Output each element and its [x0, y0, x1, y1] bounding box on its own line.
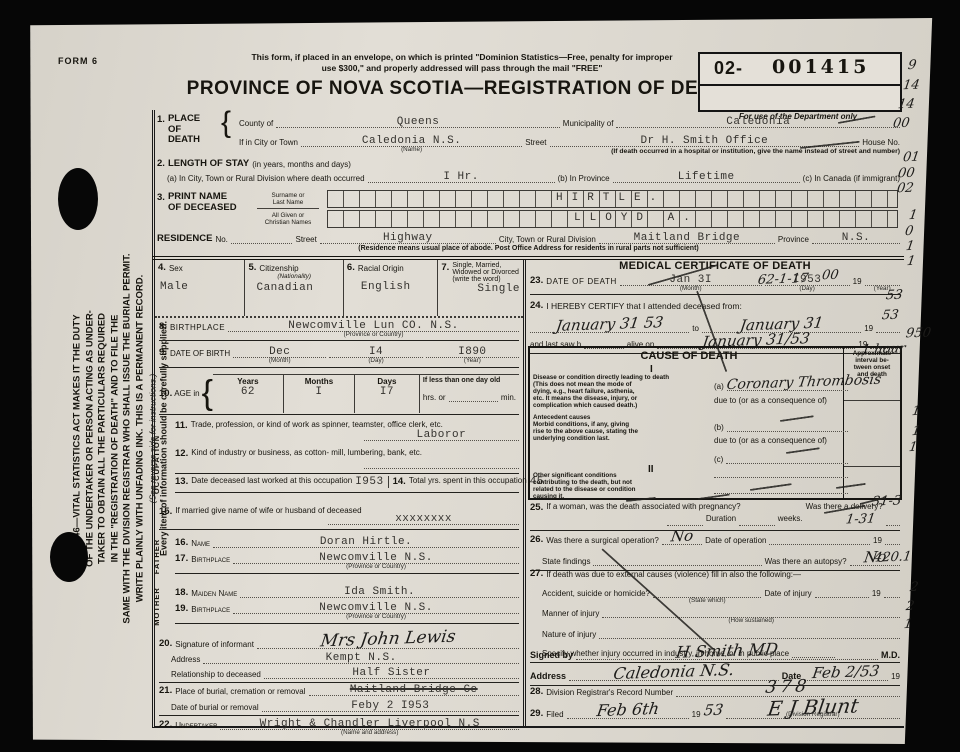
- interval-column: Approximate interval be- tween onset and…: [843, 348, 900, 498]
- age-days-value: I7: [358, 386, 416, 398]
- attended-to-label: to: [692, 324, 699, 333]
- cause-a-field: Coronary Thrombosis: [727, 376, 848, 391]
- section-1-title: PLACE OF DEATH: [168, 114, 200, 146]
- dod-month-field: Jan 3I(Month): [620, 274, 762, 286]
- interval-rule: [844, 466, 900, 467]
- stamp-prefix: 02-: [714, 58, 743, 79]
- filed-19: 19: [692, 710, 701, 719]
- father-birthplace-field: Newcomville N.S.(Province or Country): [233, 552, 519, 564]
- age-number: 10.: [159, 388, 172, 399]
- section-3-title: PRINT NAME OF DECEASED: [168, 192, 237, 213]
- citizenship-cell: 5.Citizenship (Nationality) Canadian: [245, 260, 343, 316]
- dob-year-caption: (Year): [426, 357, 519, 364]
- operation-field: No: [662, 530, 702, 545]
- delivery-field: [886, 514, 900, 526]
- dob-day-caption: (Day): [329, 357, 422, 364]
- signed-by-label: Signed by: [530, 650, 573, 660]
- form-title: PROVINCE OF NOVA SCOTIA—REGISTRATION OF …: [152, 78, 772, 100]
- stay-b-label: (b) In Province: [558, 174, 610, 183]
- stamp-divider: [700, 84, 900, 86]
- stay-c-label: (c) In Canada (if immigrant): [803, 174, 900, 183]
- cause-desc-1: Disease or condition directly leading to…: [533, 374, 713, 409]
- cause-a-value: Coronary Thrombosis: [725, 373, 849, 393]
- section-3-heading: 3. PRINT NAME OF DECEASED: [157, 192, 253, 213]
- punch-hole: [50, 532, 88, 582]
- dob-year-field: I890(Year): [426, 346, 519, 358]
- mother-birthplace-field: Newcomville N.S.(Province or Country): [233, 602, 519, 614]
- cause-due-2: due to (or as a consequence of): [714, 436, 827, 445]
- scanned-death-certificate: { "form_no": "FORM 6", "margin_left": { …: [0, 0, 960, 752]
- informant-label: Signature of informant: [175, 640, 254, 649]
- city-name-caption: (Name): [301, 146, 522, 153]
- mother-name-label: Maiden Name: [191, 589, 237, 598]
- county-field: Queens: [276, 116, 560, 128]
- filed-label: Filed: [546, 710, 563, 719]
- dod-year-caption: (Year): [865, 285, 900, 292]
- section-2-subtitle: (in years, months and days): [252, 160, 351, 169]
- burial-number: 21.: [159, 685, 172, 696]
- section-1-fields: County of Queens Municipality of Caledon…: [239, 116, 900, 155]
- other-conditions-field-1: [714, 466, 848, 478]
- record-number-label: Division Registrar's Record Number: [546, 688, 673, 697]
- left-column: 4.Sex Male 5.Citizenship (Nationality) C…: [155, 260, 526, 726]
- burial-date-label: Date of burial or removal: [171, 703, 259, 712]
- residence-city-field: Maitland Bridge: [599, 232, 775, 244]
- age-months-label: Months: [287, 377, 351, 386]
- age-years-label: Years: [216, 377, 280, 386]
- burial-place-field: Maitland Bridge Ce: [309, 684, 520, 696]
- age-years-cell: Years 62: [213, 375, 284, 413]
- municipality-field: Caledonia: [616, 116, 900, 128]
- trade-number: 11.: [175, 420, 188, 431]
- findings-label: State findings: [542, 557, 590, 566]
- stay-a-value: I Hr.: [368, 171, 555, 183]
- surname-value: HIRTLE.: [556, 192, 665, 204]
- operation-label: Was there a surgical operation?: [546, 536, 659, 545]
- trade-row: 11. Trade, profession, or kind of work a…: [175, 420, 519, 441]
- undertaker-field: Wright & Chandler Liverpool N.S(Name and…: [220, 718, 519, 730]
- street-field: Dr H. Smith Office: [550, 135, 860, 147]
- cause-b-field: [727, 420, 848, 432]
- mother-birthplace-label: Birthplace: [191, 605, 230, 614]
- residence-label: RESIDENCE: [157, 234, 212, 245]
- residence-note: (Residence means usual place of abode. P…: [358, 245, 699, 252]
- certify-label: I HEREBY CERTIFY that I attended decease…: [546, 301, 742, 311]
- mother-name-number: 18.: [175, 587, 188, 598]
- undertaker-number: 22.: [159, 719, 172, 730]
- father-name-value: Doran Hirtle.: [213, 536, 519, 548]
- cause-due-1: due to (or as a consequence of): [714, 396, 827, 405]
- age-days-cell: Days I7: [355, 375, 420, 413]
- form-body: 1. PLACE OF DEATH { County of Queens Mun…: [152, 110, 904, 728]
- street-label: Street: [525, 138, 546, 147]
- county-label: County of: [239, 119, 273, 128]
- father-birthplace-caption: (Province or Country): [233, 563, 519, 570]
- autopsy-label: Was there an autopsy?: [765, 557, 847, 566]
- father-name-label: Name: [191, 539, 210, 548]
- undertaker-label: Undertaker: [175, 721, 217, 730]
- trade-value: Laboror: [364, 429, 519, 441]
- marital-status-cell: 7.Single, Married, Widowed or Divorced (…: [438, 260, 523, 316]
- residence-street-label: Street: [295, 235, 316, 244]
- date-of-birth-row: 9. DATE OF BIRTH Dec(Month) I4(Day) I890…: [159, 346, 519, 368]
- residence-province-value: N.S.: [812, 232, 900, 244]
- findings-field: [593, 554, 761, 566]
- residence-city-value: Maitland Bridge: [599, 232, 775, 244]
- filed-row: 29. Filed Feb 6th 19 53 E J Blunt(Divisi…: [530, 700, 900, 719]
- dob-month-field: Dec(Month): [233, 346, 326, 358]
- stay-a-label: (a) In City, Town or Rural Division wher…: [167, 174, 365, 183]
- cause-c-field: [726, 452, 848, 464]
- operation-date-field: [769, 533, 870, 545]
- spouse-label: If married give name of wife or husband …: [175, 506, 325, 515]
- antecedent-desc: Antecedent causes Morbid conditions, if …: [533, 414, 713, 442]
- two-column-area: 4.Sex Male 5.Citizenship (Nationality) C…: [155, 260, 904, 726]
- nature-label: Nature of injury: [542, 630, 596, 639]
- record-number-label-no: 28.: [530, 686, 543, 697]
- delivery-label: Was there a delivery?: [806, 502, 883, 511]
- cause-a-label: (a): [714, 382, 724, 391]
- injury-date-label: Date of injury: [764, 589, 811, 598]
- sex-value: Male: [160, 281, 241, 293]
- registrar-caption: (Division Registrar): [726, 711, 900, 718]
- section-1-heading: 1. PLACE OF DEATH: [157, 114, 227, 146]
- city-town-label: If in City or Town: [239, 138, 298, 147]
- attended-19: 19: [864, 324, 873, 333]
- attended-from-field: January 31 53: [530, 317, 689, 333]
- given-name-caption: All Given or Christian Names: [257, 212, 319, 226]
- dod-number: 23.: [530, 275, 543, 286]
- burial-date-value: Feby 2 I953: [262, 700, 519, 712]
- pregnancy-label: If a woman, was the death associated wit…: [546, 502, 664, 511]
- dob-month-caption: (Month): [233, 357, 326, 364]
- mother-birthplace-number: 19.: [175, 603, 188, 614]
- dob-day-field: I4(Day): [329, 346, 422, 358]
- violence-label: If death was due to external causes (vio…: [546, 570, 801, 579]
- cause-of-death-box: CAUSE OF DEATH Approximate interval be- …: [528, 346, 902, 500]
- relationship-value: Half Sister: [264, 667, 519, 679]
- birthplace-row: 8. BIRTHPLACE Newcomville Lun CO. N.S.(P…: [159, 320, 519, 341]
- racial-origin-number: 6.: [347, 262, 355, 273]
- manner-caption: (How sustained): [602, 617, 900, 624]
- section-1-brace: {: [221, 110, 237, 137]
- burial-place-value: Maitland Bridge Ce: [309, 684, 520, 696]
- age-days-label: Days: [358, 377, 416, 386]
- informant-block: 20. Signature of informant Mrs John Lewi…: [159, 632, 519, 683]
- marital-number: 7.: [441, 262, 449, 273]
- dob-number: 9.: [159, 347, 167, 358]
- racial-origin-cell: 6.Racial Origin English: [344, 260, 438, 316]
- cause-desc-2: Other significant conditions contributin…: [533, 472, 713, 500]
- last-worked-label: Date deceased last worked at this occupa…: [191, 476, 352, 485]
- section-2: 2. LENGTH OF STAY (in years, months and …: [157, 158, 900, 183]
- dod-day-field: I953(Day): [765, 274, 850, 286]
- residence-province-label: Province: [778, 235, 809, 244]
- burial-block: 21. Place of burial, cremation or remova…: [159, 684, 519, 716]
- filed-date-value: Feb 6th: [565, 698, 690, 721]
- residence-street-value: Highway: [320, 232, 496, 244]
- total-years-label: Total yrs. spent in this occupation: [409, 476, 527, 485]
- residence-no-label: No.: [215, 235, 227, 244]
- undertaker-caption: (Name and address): [220, 729, 519, 736]
- county-value: Queens: [276, 116, 560, 128]
- father-birthplace-label: Birthplace: [191, 555, 230, 564]
- industry-row: 12. Kind of industry or business, as cot…: [175, 448, 519, 474]
- street-value: Dr H. Smith Office: [550, 135, 860, 147]
- mother-name-field: Ida Smith.: [240, 586, 519, 598]
- father-birthplace-number: 17.: [175, 553, 188, 564]
- attended-from-value: January 31 53: [528, 312, 691, 336]
- interval-rule: [844, 400, 900, 401]
- nationality-caption: (Nationality): [248, 273, 339, 280]
- sex-cell: 4.Sex Male: [155, 260, 245, 316]
- manner-field: (How sustained): [602, 606, 900, 618]
- age-row: 10. AGE in { Years 62 Months I: [159, 372, 519, 415]
- dod-19: 19: [853, 277, 862, 286]
- attended-year-field: [876, 321, 900, 333]
- house-no-label: House No.: [862, 138, 900, 147]
- age-min-label: min.: [501, 393, 516, 402]
- filed-number: 29.: [530, 708, 543, 719]
- marital-label: Single, Married, Widowed or Divorced (wr…: [452, 262, 519, 283]
- section-1-number: 1.: [157, 114, 165, 125]
- last-worked-value: I953: [355, 476, 383, 488]
- mother-birthplace-row: 19. Birthplace Newcomville N.S.(Province…: [175, 602, 519, 624]
- birthplace-number: 8.: [159, 321, 167, 332]
- section-2-number: 2.: [157, 158, 165, 169]
- injury-19: 19: [872, 589, 881, 598]
- age-months-value: I: [287, 386, 351, 398]
- dod-year-field: (Year): [865, 274, 900, 286]
- birthplace-label: BIRTHPLACE: [170, 323, 225, 332]
- stay-a-field: I Hr.: [368, 171, 555, 183]
- age-hrs-field: [449, 390, 498, 402]
- age-brace: {: [202, 380, 213, 406]
- envelope-note: This form, if placed in an envelope, on …: [182, 52, 742, 73]
- autopsy-value: No: [848, 547, 901, 567]
- municipality-label: Municipality of: [563, 119, 614, 128]
- registration-number-stamp: 02- 001415: [698, 52, 902, 112]
- stay-b-value: Lifetime: [613, 171, 800, 183]
- birthplace-field: Newcomville Lun CO. N.S.(Province or Cou…: [228, 320, 519, 332]
- industry-number: 12.: [175, 448, 188, 459]
- spouse-field: xxxxxxxx: [328, 506, 519, 525]
- dod-month-caption: (Month): [620, 285, 762, 292]
- citizenship-label: Citizenship: [259, 264, 298, 273]
- racial-origin-label: Racial Origin: [358, 264, 404, 273]
- operation-block: 26. Was there a surgical operation? No D…: [530, 530, 900, 571]
- medical-certificate-title: MEDICAL CERTIFICATE OF DEATH: [530, 260, 900, 272]
- accident-field: (State which): [653, 586, 761, 598]
- father-vertical-label: FATHER: [152, 539, 161, 574]
- age-months-cell: Months I: [284, 375, 355, 413]
- citizenship-value: Canadian: [256, 282, 339, 294]
- boxes-4-to-7: 4.Sex Male 5.Citizenship (Nationality) C…: [155, 260, 523, 318]
- injury-date-field: [815, 586, 869, 598]
- informant-address-field: Kempt N.S.: [203, 652, 519, 664]
- municipality-value: Caledonia: [616, 116, 900, 128]
- mother-name-row: 18. Maiden Name Ida Smith.: [175, 586, 519, 598]
- spouse-row: 15. If married give name of wife or husb…: [159, 506, 519, 530]
- spouse-value: xxxxxxxx: [328, 513, 519, 525]
- filed-year-value: 53: [702, 701, 724, 720]
- total-years-number: 14.: [393, 476, 406, 487]
- industry-label: Kind of industry or business, as cotton-…: [191, 448, 361, 457]
- relationship-field: Half Sister: [264, 667, 519, 679]
- citizenship-number: 5.: [248, 262, 256, 273]
- operation-19: 19: [873, 536, 882, 545]
- mother-name-value: Ida Smith.: [240, 586, 519, 598]
- burial-place-label: Place of burial, cremation or removal: [175, 687, 305, 696]
- cause-c-label: (c): [714, 455, 723, 464]
- age-label: AGE in: [174, 389, 199, 398]
- stamp-number: 001415: [772, 56, 869, 78]
- informant-address-value: Kempt N.S.: [203, 652, 519, 664]
- cause-title: CAUSE OF DEATH: [530, 350, 848, 362]
- section-3-number: 3.: [157, 192, 165, 203]
- signed-by-field: H Smith MD: [576, 644, 878, 660]
- dod-label: DATE OF DEATH: [546, 277, 617, 286]
- age-years-value: 62: [216, 386, 280, 398]
- birthplace-caption: (Province or Country): [228, 331, 519, 338]
- injury-year-field: [884, 586, 900, 598]
- operation-date-label: Date of operation: [705, 536, 766, 545]
- residence-no-field: [231, 232, 293, 244]
- undertaker-row: 22. Undertaker Wright & Chandler Liverpo…: [159, 718, 519, 730]
- weeks-label: weeks.: [778, 514, 803, 523]
- punch-hole: [58, 168, 98, 230]
- father-name-field: Doran Hirtle.: [213, 536, 519, 548]
- surname-grid: HIRTLE.: [327, 190, 898, 208]
- residence-city-label: City, Town or Rural Division: [499, 235, 596, 244]
- paper-sheet: FORM 6 SEC. 46—VITAL STATISTICS ACT MAKE…: [22, 18, 934, 744]
- residence-province-field: N.S.: [812, 232, 900, 244]
- burial-date-field: Feby 2 I953: [262, 700, 519, 712]
- father-birthplace-row: 17. Birthplace Newcomville N.S.(Province…: [175, 552, 519, 574]
- sex-label: Sex: [169, 264, 183, 273]
- informant-address-label: Address: [171, 655, 200, 664]
- occupation-vertical-label: OCCUPATION: [152, 435, 161, 494]
- accident-caption: (State which): [653, 597, 761, 604]
- section-2-title: LENGTH OF STAY: [168, 159, 249, 170]
- operation-number: 26.: [530, 534, 543, 545]
- spouse-number: 15.: [159, 506, 172, 517]
- hospital-note: (If death occurred in a hospital or inst…: [611, 148, 900, 155]
- mother-vertical-label: MOTHER: [152, 587, 161, 626]
- md-label: M.D.: [881, 650, 900, 660]
- dod-day-caption: (Day): [765, 285, 850, 292]
- registrar-signature-field: E J Blunt(Division Registrar): [726, 700, 900, 719]
- informant-signature-field: Mrs John Lewis: [257, 632, 519, 649]
- cause-b-label: (b): [714, 423, 724, 432]
- father-name-row: 16. Name Doran Hirtle.: [175, 536, 519, 548]
- age-less-label: If less than one day old: [423, 377, 516, 384]
- given-name-value: LLOYD A.: [574, 212, 699, 224]
- duration-field: [739, 514, 775, 526]
- stay-b-field: Lifetime: [613, 171, 800, 183]
- surname-caption: Surname or Last Name: [257, 192, 319, 209]
- right-column: MEDICAL CERTIFICATE OF DEATH 23. DATE OF…: [526, 260, 904, 726]
- industry-field: [364, 448, 519, 469]
- form-number: FORM 6: [58, 56, 98, 66]
- father-name-number: 16.: [175, 537, 188, 548]
- racial-origin-value: English: [361, 281, 434, 293]
- accident-label: Accident, suicide or homicide?: [542, 589, 650, 598]
- informant-signature: Mrs John Lewis: [255, 624, 521, 653]
- last-worked-number: 13.: [175, 476, 188, 487]
- pregnancy-number: 25.: [530, 502, 543, 513]
- mother-birthplace-caption: (Province or Country): [233, 613, 519, 620]
- manner-label: Manner of injury: [542, 609, 599, 618]
- marital-value: Single: [477, 283, 520, 295]
- age-hours-cell: If less than one day old hrs. ormin.: [420, 375, 519, 413]
- given-name-grid: LLOYD A.: [327, 210, 898, 228]
- sex-number: 4.: [158, 262, 166, 273]
- age-hrs-label: hrs. or: [423, 393, 446, 402]
- operation-year-field: [885, 533, 900, 545]
- pregnancy-field: [667, 514, 703, 526]
- relationship-label: Relationship to deceased: [171, 670, 261, 679]
- filed-date-field: Feb 6th: [567, 702, 689, 719]
- trade-field: Laboror: [364, 420, 519, 441]
- date-of-death-row: 23. DATE OF DEATH Jan 3I(Month) I953(Day…: [530, 274, 900, 295]
- pregnancy-row: 25. If a woman, was the death associated…: [530, 502, 900, 531]
- dob-label: DATE OF BIRTH: [170, 349, 230, 358]
- trade-label: Trade, profession, or kind of work as sp…: [191, 420, 361, 429]
- last-worked-row: 13. Date deceased last worked at this oc…: [175, 476, 519, 493]
- informant-number: 20.: [159, 638, 172, 649]
- city-town-field: Caledonia N.S.(Name): [301, 135, 522, 147]
- residence-street-field: Highway: [320, 232, 496, 244]
- duration-label: Duration: [706, 514, 736, 523]
- certify-number: 24.: [530, 300, 543, 311]
- violence-number: 27.: [530, 568, 543, 579]
- operation-value: No: [660, 526, 703, 545]
- autopsy-field: No: [850, 551, 900, 566]
- other-conditions-field-2: [714, 482, 848, 494]
- residence-row: RESIDENCE No. Street Highway City, Town …: [157, 232, 900, 252]
